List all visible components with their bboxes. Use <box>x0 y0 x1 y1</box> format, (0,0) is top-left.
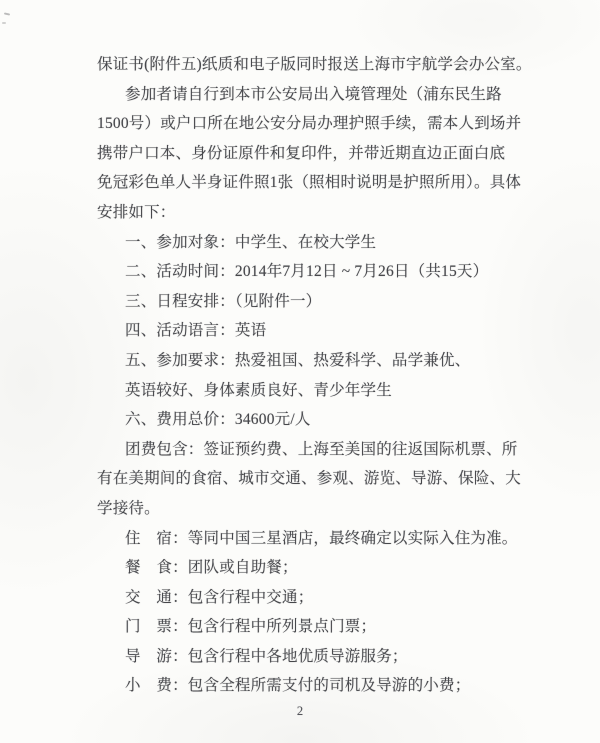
page-number: 2 <box>0 704 600 719</box>
document-page: 保证书(附件五)纸质和电子版同时报送上海市宇航学会办公室。 参加者请自行到本市公… <box>0 0 600 743</box>
doc-line-passport-para: 免冠彩色单人半身证件照1张（照相时说明是护照所用）。具体 <box>97 168 542 198</box>
doc-line-passport-para: 携带户口本、身份证原件和复印件，并带近期直边正面白底 <box>97 139 542 169</box>
doc-line-transport: 交 通：包含行程中交通； <box>97 583 542 613</box>
doc-line-tickets: 门 票：包含行程中所列景点门票； <box>97 612 542 642</box>
doc-line-fee-includes: 学接待。 <box>97 494 542 524</box>
doc-line-guide: 导 游：包含行程中各地优质导游服务； <box>97 642 542 672</box>
doc-line-item-2: 二、活动时间：2014年7月12日 ~ 7月26日（共15天） <box>97 257 542 287</box>
doc-line-continuation: 保证书(附件五)纸质和电子版同时报送上海市宇航学会办公室。 <box>97 50 542 80</box>
doc-line-passport-para: 1500号）或户口所在地公安分局办理护照手续，需本人到场并 <box>97 109 542 139</box>
doc-line-item-4: 四、活动语言：英语 <box>97 316 542 346</box>
document-text-block: 保证书(附件五)纸质和电子版同时报送上海市宇航学会办公室。 参加者请自行到本市公… <box>97 50 542 701</box>
scan-speck <box>4 12 10 15</box>
doc-line-item-5-cont: 英语较好、身体素质良好、青少年学生 <box>97 376 542 406</box>
doc-line-item-1: 一、参加对象：中学生、在校大学生 <box>97 228 542 258</box>
doc-line-fee-includes: 团费包含：签证预约费、上海至美国的往返国际机票、所 <box>97 435 542 465</box>
doc-line-lodging: 住 宿：等同中国三星酒店，最终确定以实际入住为准。 <box>97 524 542 554</box>
scan-speck <box>2 22 6 24</box>
doc-line-item-6: 六、费用总价：34600元/人 <box>97 405 542 435</box>
doc-line-meals: 餐 食：团队或自助餐； <box>97 553 542 583</box>
doc-line-arrangement: 安排如下： <box>97 198 542 228</box>
doc-line-item-3: 三、日程安排：（见附件一） <box>97 287 542 317</box>
doc-line-passport-para: 参加者请自行到本市公安局出入境管理处（浦东民生路 <box>97 80 542 110</box>
doc-line-tips: 小 费：包含全程所需支付的司机及导游的小费； <box>97 671 542 701</box>
doc-line-fee-includes: 有在美期间的食宿、城市交通、参观、游览、导游、保险、大 <box>97 464 542 494</box>
doc-line-item-5: 五、参加要求：热爱祖国、热爱科学、品学兼优、 <box>97 346 542 376</box>
